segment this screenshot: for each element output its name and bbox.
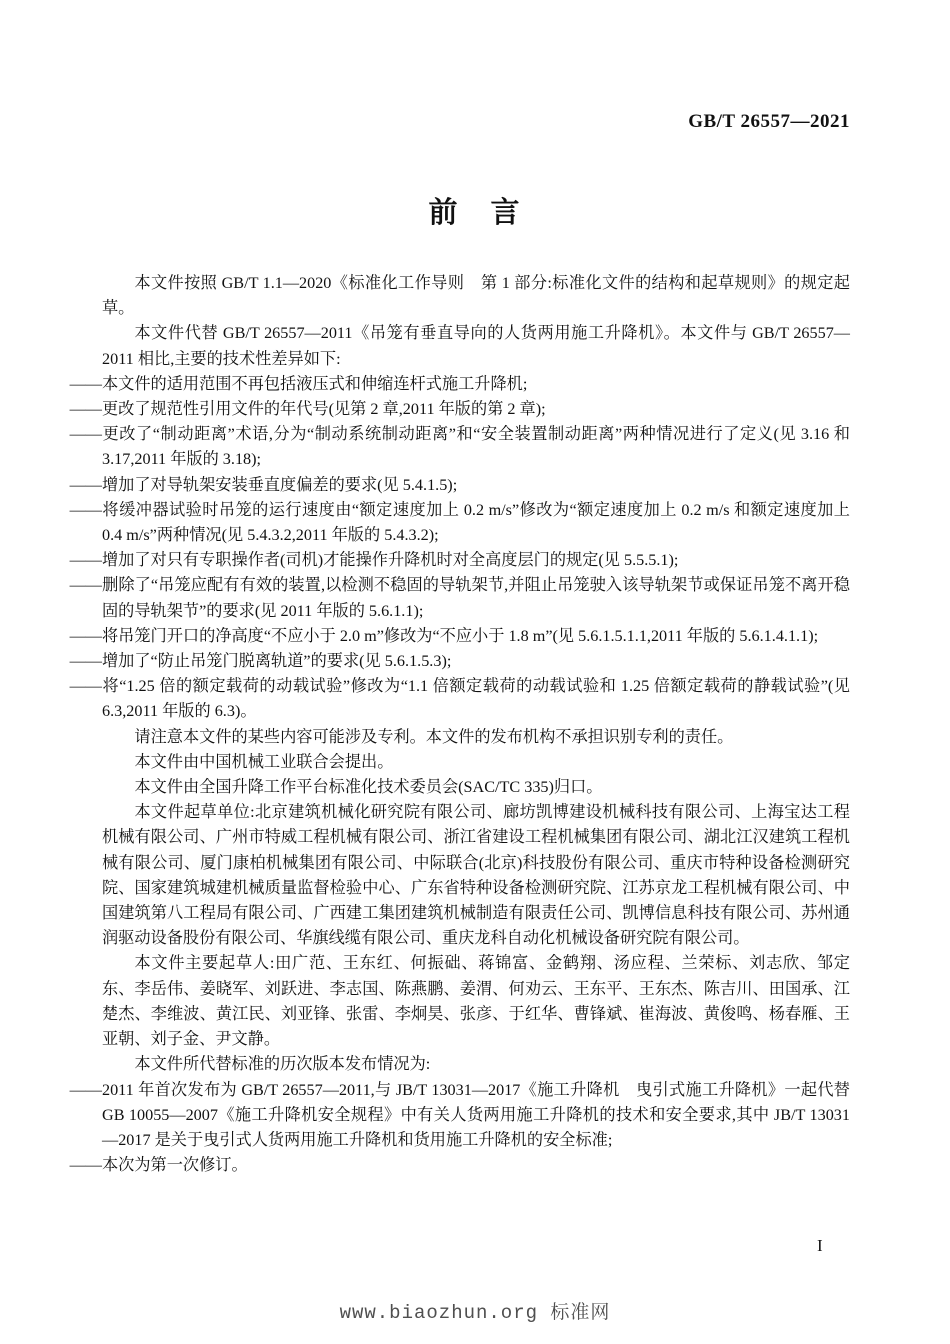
paragraph-6: ——将缓冲器试验时吊笼的运行速度由“额定速度加上 0.2 m/s”修改为“额定速…	[102, 498, 850, 548]
paragraph-15: 本文件起草单位:北京建筑机械化研究院有限公司、廊坊凯博建设机械科技有限公司、上海…	[102, 800, 850, 951]
body-text: 本文件按照 GB/T 1.1—2020《标准化工作导则 第 1 部分:标准化文件…	[102, 271, 850, 1178]
page-title: 前 言	[0, 190, 950, 231]
paragraph-1: 本文件代替 GB/T 26557—2011《吊笼有垂直导向的人货两用施工升降机》…	[102, 321, 850, 371]
paragraph-8: ——删除了“吊笼应配有有效的装置,以检测不稳固的导轨架节,并阻止吊笼驶入该导轨架…	[102, 573, 850, 623]
standard-code: GB/T 26557—2021	[688, 111, 850, 133]
paragraph-10: ——增加了“防止吊笼门脱离轨道”的要求(见 5.6.1.5.3);	[102, 649, 850, 674]
paragraph-18: ——2011 年首次发布为 GB/T 26557—2011,与 JB/T 130…	[102, 1078, 850, 1154]
paragraph-16: 本文件主要起草人:田广范、王东红、何振础、蒋锦富、金鹤翔、汤应程、兰荣标、刘志欣…	[102, 951, 850, 1052]
paragraph-17: 本文件所代替标准的历次版本发布情况为:	[102, 1052, 850, 1077]
paragraph-4: ——更改了“制动距离”术语,分为“制动系统制动距离”和“安全装置制动距离”两种情…	[102, 422, 850, 472]
paragraph-5: ——增加了对导轨架安装垂直度偏差的要求(见 5.4.1.5);	[102, 473, 850, 498]
paragraph-13: 本文件由中国机械工业联合会提出。	[102, 750, 850, 775]
page-number: I	[817, 1236, 823, 1256]
paragraph-19: ——本次为第一次修订。	[102, 1153, 850, 1178]
paragraph-2: ——本文件的适用范围不再包括液压式和伸缩连杆式施工升降机;	[102, 372, 850, 397]
document-page: GB/T 26557—2021 前 言 本文件按照 GB/T 1.1—2020《…	[0, 0, 950, 1344]
paragraph-14: 本文件由全国升降工作平台标准化技术委员会(SAC/TC 335)归口。	[102, 775, 850, 800]
footer-watermark: www.biaozhun.org 标准网	[0, 1297, 950, 1324]
paragraph-7: ——增加了对只有专职操作者(司机)才能操作升降机时对全高度层门的规定(见 5.5…	[102, 548, 850, 573]
paragraph-3: ——更改了规范性引用文件的年代号(见第 2 章,2011 年版的第 2 章);	[102, 397, 850, 422]
paragraph-9: ——将吊笼门开口的净高度“不应小于 2.0 m”修改为“不应小于 1.8 m”(…	[102, 624, 850, 649]
paragraph-11: ——将“1.25 倍的额定载荷的动载试验”修改为“1.1 倍额定载荷的动载试验和…	[102, 674, 850, 724]
paragraph-0: 本文件按照 GB/T 1.1—2020《标准化工作导则 第 1 部分:标准化文件…	[102, 271, 850, 321]
paragraph-12: 请注意本文件的某些内容可能涉及专利。本文件的发布机构不承担识别专利的责任。	[102, 725, 850, 750]
